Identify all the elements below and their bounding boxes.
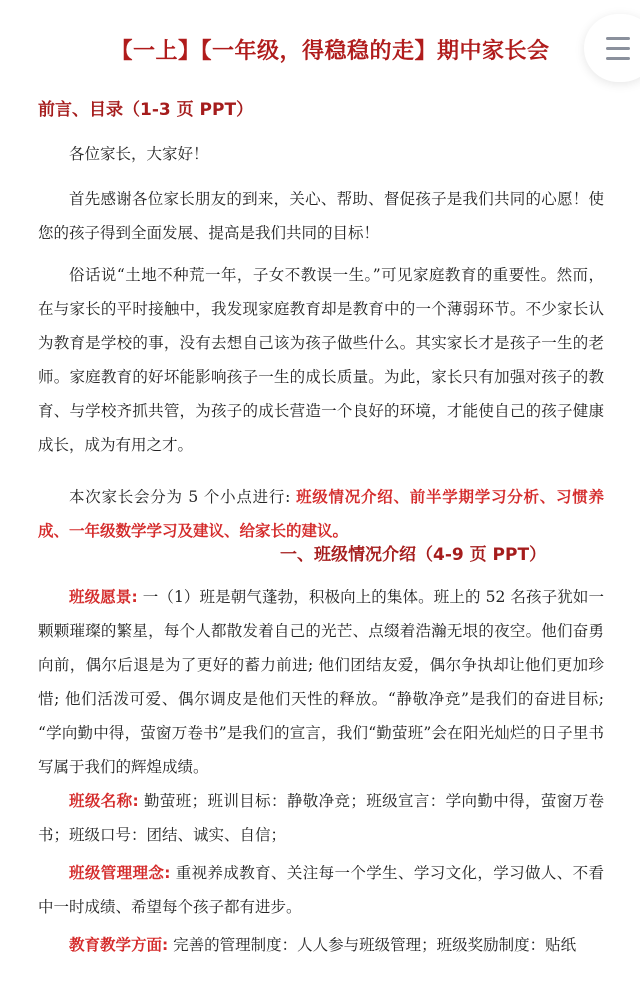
- hamburger-menu-icon: [606, 37, 630, 40]
- saying-paragraph: 俗话说“土地不种荒一年，子女不教误一生。”可见家庭教育的重要性。然而，在与家长的…: [38, 258, 604, 462]
- teaching-text: 完善的管理制度：人人参与班级管理；班级奖励制度：贴纸: [173, 936, 576, 954]
- thanks-paragraph: 首先感谢各位家长朋友的到来，关心、帮助、督促孩子是我们共同的心愿！使您的孩子得到…: [38, 182, 604, 250]
- class-name-label: 班级名称:: [69, 792, 139, 810]
- section1-heading: 一、班级情况介绍（4-9 页 PPT）: [280, 540, 546, 565]
- preface-heading: 前言、目录（1-3 页 PPT）: [38, 95, 253, 120]
- greeting-paragraph: 各位家长，大家好！: [38, 137, 604, 171]
- document-title: 【一上】【一年级，得稳稳的走】期中家长会: [0, 34, 640, 65]
- hamburger-menu-icon-bar: [606, 57, 630, 60]
- teaching-paragraph: 教育教学方面: 完善的管理制度：人人参与班级管理；班级奖励制度：贴纸: [38, 928, 604, 962]
- teaching-label: 教育教学方面:: [69, 936, 168, 954]
- class-name-paragraph: 班级名称: 勤萤班；班训目标：静敬净竞；班级宣言：学向勤中得，萤窗万卷书；班级口…: [38, 784, 604, 852]
- document-page: 【一上】【一年级，得稳稳的走】期中家长会 前言、目录（1-3 页 PPT） 各位…: [0, 0, 640, 984]
- class-management-paragraph: 班级管理理念: 重视养成教育、关注每一个学生、学习文化，学习做人、不看中一时成绩…: [38, 856, 604, 924]
- class-vision-paragraph: 班级愿景: 一（1）班是朝气蓬勃，积极向上的集体。班上的 52 名孩子犹如一颗颗…: [38, 580, 604, 784]
- outline-paragraph: 本次家长会分为 5 个小点进行: 班级情况介绍、前半学期学习分析、习惯养成、一年…: [38, 480, 604, 548]
- menu-button[interactable]: [584, 14, 640, 82]
- outline-intro: 本次家长会分为 5 个小点进行:: [69, 488, 290, 506]
- class-vision-label: 班级愿景:: [69, 588, 138, 606]
- class-vision-text: 一（1）班是朝气蓬勃，积极向上的集体。班上的 52 名孩子犹如一颗颗璀璨的繁星，…: [38, 588, 604, 776]
- hamburger-menu-icon-bar: [606, 47, 630, 50]
- class-management-label: 班级管理理念:: [69, 864, 170, 882]
